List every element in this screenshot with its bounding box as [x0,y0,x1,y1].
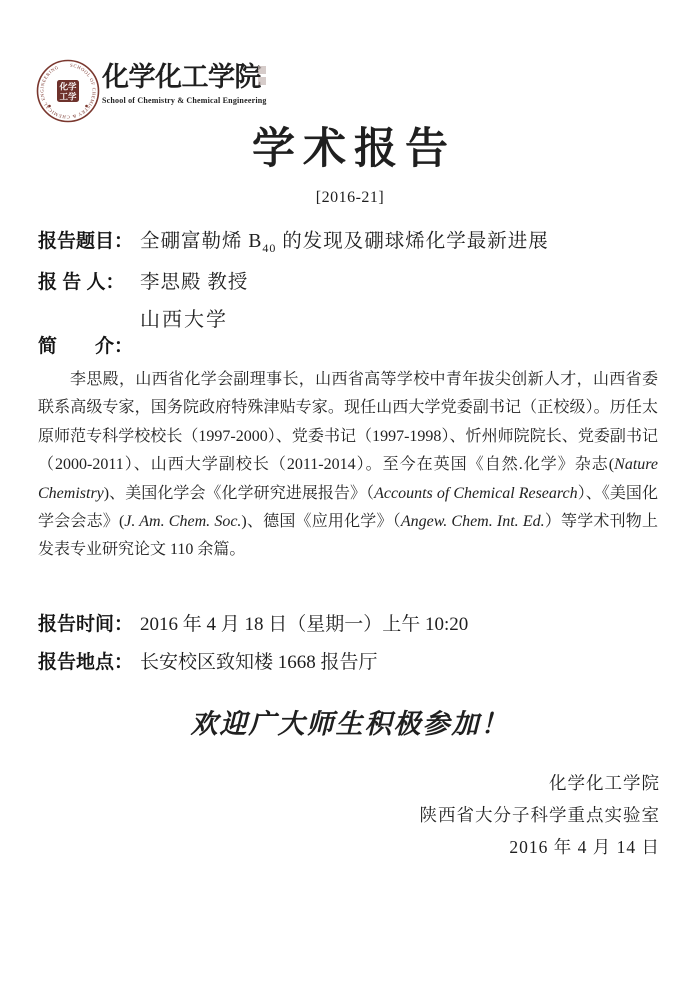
college-name-cn: 化学化工学院 [102,61,302,93]
college-seal-svg: SCHOOL OF CHEMISTRY & CHEMICAL ENGINEERI… [36,59,100,123]
document-title: 学术报告 [0,122,700,178]
signature-lab: 陕西省大分子科学重点实验室 [420,799,661,831]
college-seal-icon: SCHOOL OF CHEMISTRY & CHEMICAL ENGINEERI… [36,59,100,123]
topic-value: 全硼富勒烯 B40 的发现及硼球烯化学最新进展 [140,231,549,252]
field-place: 报告地点：长安校区致知楼 1668 报告厅 [38,647,378,674]
topic-subscript: 40 [262,241,276,255]
logo-signature-mark [258,66,267,90]
field-affiliation: 山西大学 [140,303,228,332]
document-number: [2016-21] [0,189,700,207]
intro-label: 简 介： [38,331,133,358]
place-label: 报告地点： [38,647,140,674]
time-value: 2016 年 4 月 18 日（星期一）上午 10:20 [140,614,468,635]
affiliation-value: 山西大学 [140,309,228,331]
intro-paragraph: 李思殿，山西省化学会副理事长，山西省高等学校中青年拔尖创新人才，山西省委联系高级… [38,366,658,565]
topic-label: 报告题目： [38,226,140,253]
signature-org: 化学化工学院 [420,767,661,799]
time-label: 报告时间： [38,609,140,636]
field-topic: 报告题目：全硼富勒烯 B40 的发现及硼球烯化学最新进展 [38,225,549,256]
welcome-message: 欢迎广大师生积极参加！ [0,702,700,741]
signature-date: 2016 年 4 月 14 日 [420,831,661,863]
field-time: 报告时间：2016 年 4 月 18 日（星期一）上午 10:20 [38,609,468,636]
place-value: 长安校区致知楼 1668 报告厅 [140,652,378,673]
speaker-value: 李思殿 教授 [140,272,248,293]
announcement-page: SCHOOL OF CHEMISTRY & CHEMICAL ENGINEERI… [0,0,700,989]
college-header: 化学化工学院 School of Chemistry & Chemical En… [102,61,302,105]
field-speaker: 报 告 人：李思殿 教授 [38,266,248,294]
college-name-en: School of Chemistry & Chemical Engineeri… [102,96,302,105]
signature-block: 化学化工学院 陕西省大分子科学重点实验室 2016 年 4 月 14 日 [420,767,661,863]
seal-center-line2: 工学 [59,92,77,102]
field-intro-label: 简 介： [38,331,133,358]
seal-center-line1: 化学 [58,82,77,92]
speaker-label: 报 告 人： [38,267,140,294]
